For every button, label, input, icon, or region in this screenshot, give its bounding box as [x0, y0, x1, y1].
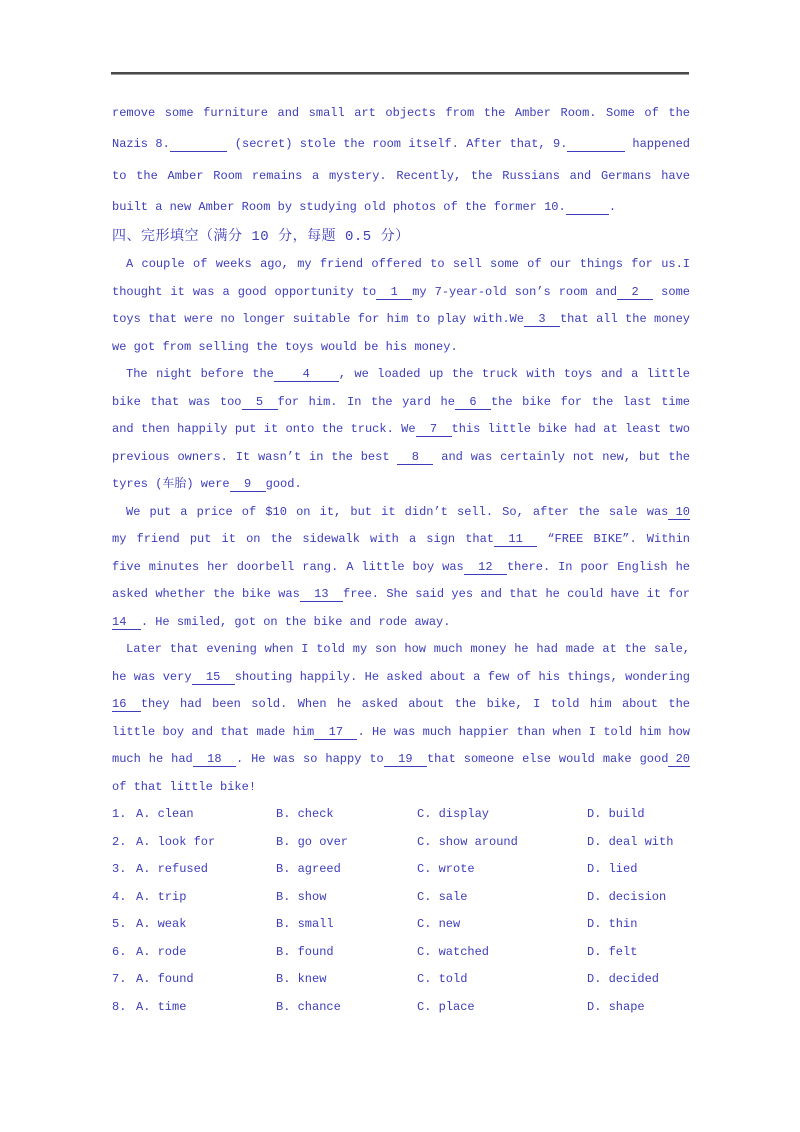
cloze-paragraph: The night before the 4 , we loaded up th…: [112, 361, 690, 499]
blank-field: 18: [193, 752, 236, 767]
blank-field: 13: [300, 587, 343, 602]
cloze-section: 四、完形填空（满分 10 分，每题 0.5 分） A couple of wee…: [112, 224, 690, 1022]
blank-field: 15: [192, 670, 235, 685]
text-line: thought it was a good opportunity to 1 m…: [112, 279, 690, 307]
option-number: 8.: [112, 994, 136, 1022]
option-row: 3.A. refusedB. agreedC. wroteD. lied: [112, 856, 690, 884]
exam-page: remove some furniture and small art obje…: [0, 0, 800, 1132]
option-cell: D. lied: [587, 856, 690, 884]
option-cell: B. found: [276, 939, 417, 967]
blank-field: 14: [112, 615, 141, 630]
blank-field: 7: [416, 422, 452, 437]
blank-field: 11: [494, 532, 537, 547]
option-cell: B. agreed: [276, 856, 417, 884]
section-heading: 四、完形填空（满分 10 分，每题 0.5 分）: [112, 224, 690, 252]
text-line: he was very 15 shouting happily. He aske…: [112, 664, 690, 692]
cloze-passage: A couple of weeks ago, my friend offered…: [112, 251, 690, 801]
option-cell: A. refused: [136, 856, 276, 884]
blank-field: 10: [668, 505, 690, 520]
text-line: 16 they had been sold. When he asked abo…: [112, 691, 690, 719]
option-row: 5.A. weakB. smallC. newD. thin: [112, 911, 690, 939]
option-number: 5.: [112, 911, 136, 939]
page-content: remove some furniture and small art obje…: [112, 98, 690, 1021]
blank-field: 20: [668, 752, 690, 767]
option-cell: D. decision: [587, 884, 690, 912]
blank-field: 4: [274, 367, 339, 382]
option-number: 2.: [112, 829, 136, 857]
blank-field: 16: [112, 697, 141, 712]
top-rule-divider: [111, 72, 689, 75]
text-line: previous owners. It wasn’t in the best 8…: [112, 444, 690, 472]
option-cell: C. show around: [417, 829, 587, 857]
text-line: and then happily put it onto the truck. …: [112, 416, 690, 444]
blank-field: 3: [524, 312, 560, 327]
text-line: remove some furniture and small art obje…: [112, 98, 690, 129]
option-cell: C. wrote: [417, 856, 587, 884]
text-line: 14 . He smiled, got on the bike and rode…: [112, 609, 690, 637]
option-number: 1.: [112, 801, 136, 829]
option-cell: B. check: [276, 801, 417, 829]
option-cell: A. rode: [136, 939, 276, 967]
blank-field: 9: [230, 477, 266, 492]
blank-field: 5: [242, 395, 278, 410]
option-row: 2.A. look forB. go overC. show aroundD. …: [112, 829, 690, 857]
text-line: toys that were no longer suitable for hi…: [112, 306, 690, 334]
cloze-paragraph: Later that evening when I told my son ho…: [112, 636, 690, 801]
option-cell: C. watched: [417, 939, 587, 967]
option-row: 8.A. timeB. chanceC. placeD. shape: [112, 994, 690, 1022]
blank-field: [170, 137, 228, 152]
option-cell: C. told: [417, 966, 587, 994]
text-line: to the Amber Room remains a mystery. Rec…: [112, 161, 690, 192]
option-number: 3.: [112, 856, 136, 884]
text-line: asked whether the bike was 13 free. She …: [112, 581, 690, 609]
blank-field: 17: [314, 725, 357, 740]
option-number: 6.: [112, 939, 136, 967]
option-cell: A. trip: [136, 884, 276, 912]
option-cell: D. deal with: [587, 829, 690, 857]
text-line: much he had 18 . He was so happy to 19 t…: [112, 746, 690, 774]
option-cell: C. new: [417, 911, 587, 939]
text-line: of that little bike!: [112, 774, 690, 802]
option-cell: D. decided: [587, 966, 690, 994]
text-line: we got from selling the toys would be hi…: [112, 334, 690, 362]
option-cell: B. small: [276, 911, 417, 939]
option-cell: B. show: [276, 884, 417, 912]
option-cell: D. build: [587, 801, 690, 829]
option-cell: B. go over: [276, 829, 417, 857]
passage-tail-amber-room: remove some furniture and small art obje…: [112, 98, 690, 224]
text-line: five minutes her doorbell rang. A little…: [112, 554, 690, 582]
text-line: little boy and that made him 17 . He was…: [112, 719, 690, 747]
blank-field: 19: [384, 752, 427, 767]
blank-field: [566, 200, 609, 215]
option-cell: A. time: [136, 994, 276, 1022]
option-row: 1.A. cleanB. checkC. displayD. build: [112, 801, 690, 829]
option-cell: A. found: [136, 966, 276, 994]
option-cell: D. thin: [587, 911, 690, 939]
option-cell: C. sale: [417, 884, 587, 912]
blank-field: 8: [397, 450, 433, 465]
blank-field: 12: [464, 560, 507, 575]
options-table: 1.A. cleanB. checkC. displayD. build2.A.…: [112, 801, 690, 1021]
option-row: 4.A. tripB. showC. saleD. decision: [112, 884, 690, 912]
option-cell: C. place: [417, 994, 587, 1022]
text-line: built a new Amber Room by studying old p…: [112, 192, 690, 223]
option-row: 7.A. foundB. knewC. toldD. decided: [112, 966, 690, 994]
option-cell: B. knew: [276, 966, 417, 994]
option-cell: D. shape: [587, 994, 690, 1022]
text-line: my friend put it on the sidewalk with a …: [112, 526, 690, 554]
cloze-paragraph: A couple of weeks ago, my friend offered…: [112, 251, 690, 361]
option-cell: C. display: [417, 801, 587, 829]
option-number: 7.: [112, 966, 136, 994]
blank-field: [567, 137, 625, 152]
text-line: bike that was too 5 for him. In the yard…: [112, 389, 690, 417]
blank-field: 1: [376, 285, 412, 300]
cloze-paragraph: We put a price of $10 on it, but it didn…: [112, 499, 690, 637]
option-cell: D. felt: [587, 939, 690, 967]
option-cell: A. clean: [136, 801, 276, 829]
text-line: We put a price of $10 on it, but it didn…: [112, 499, 690, 527]
text-line: Later that evening when I told my son ho…: [112, 636, 690, 664]
option-cell: A. look for: [136, 829, 276, 857]
option-cell: B. chance: [276, 994, 417, 1022]
text-line: Nazis 8. (secret) stole the room itself.…: [112, 129, 690, 160]
blank-field: 6: [455, 395, 491, 410]
text-line: A couple of weeks ago, my friend offered…: [112, 251, 690, 279]
text-line: The night before the 4 , we loaded up th…: [112, 361, 690, 389]
option-cell: A. weak: [136, 911, 276, 939]
option-row: 6.A. rodeB. foundC. watchedD. felt: [112, 939, 690, 967]
text-line: tyres (车胎) were 9 good.: [112, 471, 690, 499]
option-number: 4.: [112, 884, 136, 912]
blank-field: 2: [617, 285, 653, 300]
